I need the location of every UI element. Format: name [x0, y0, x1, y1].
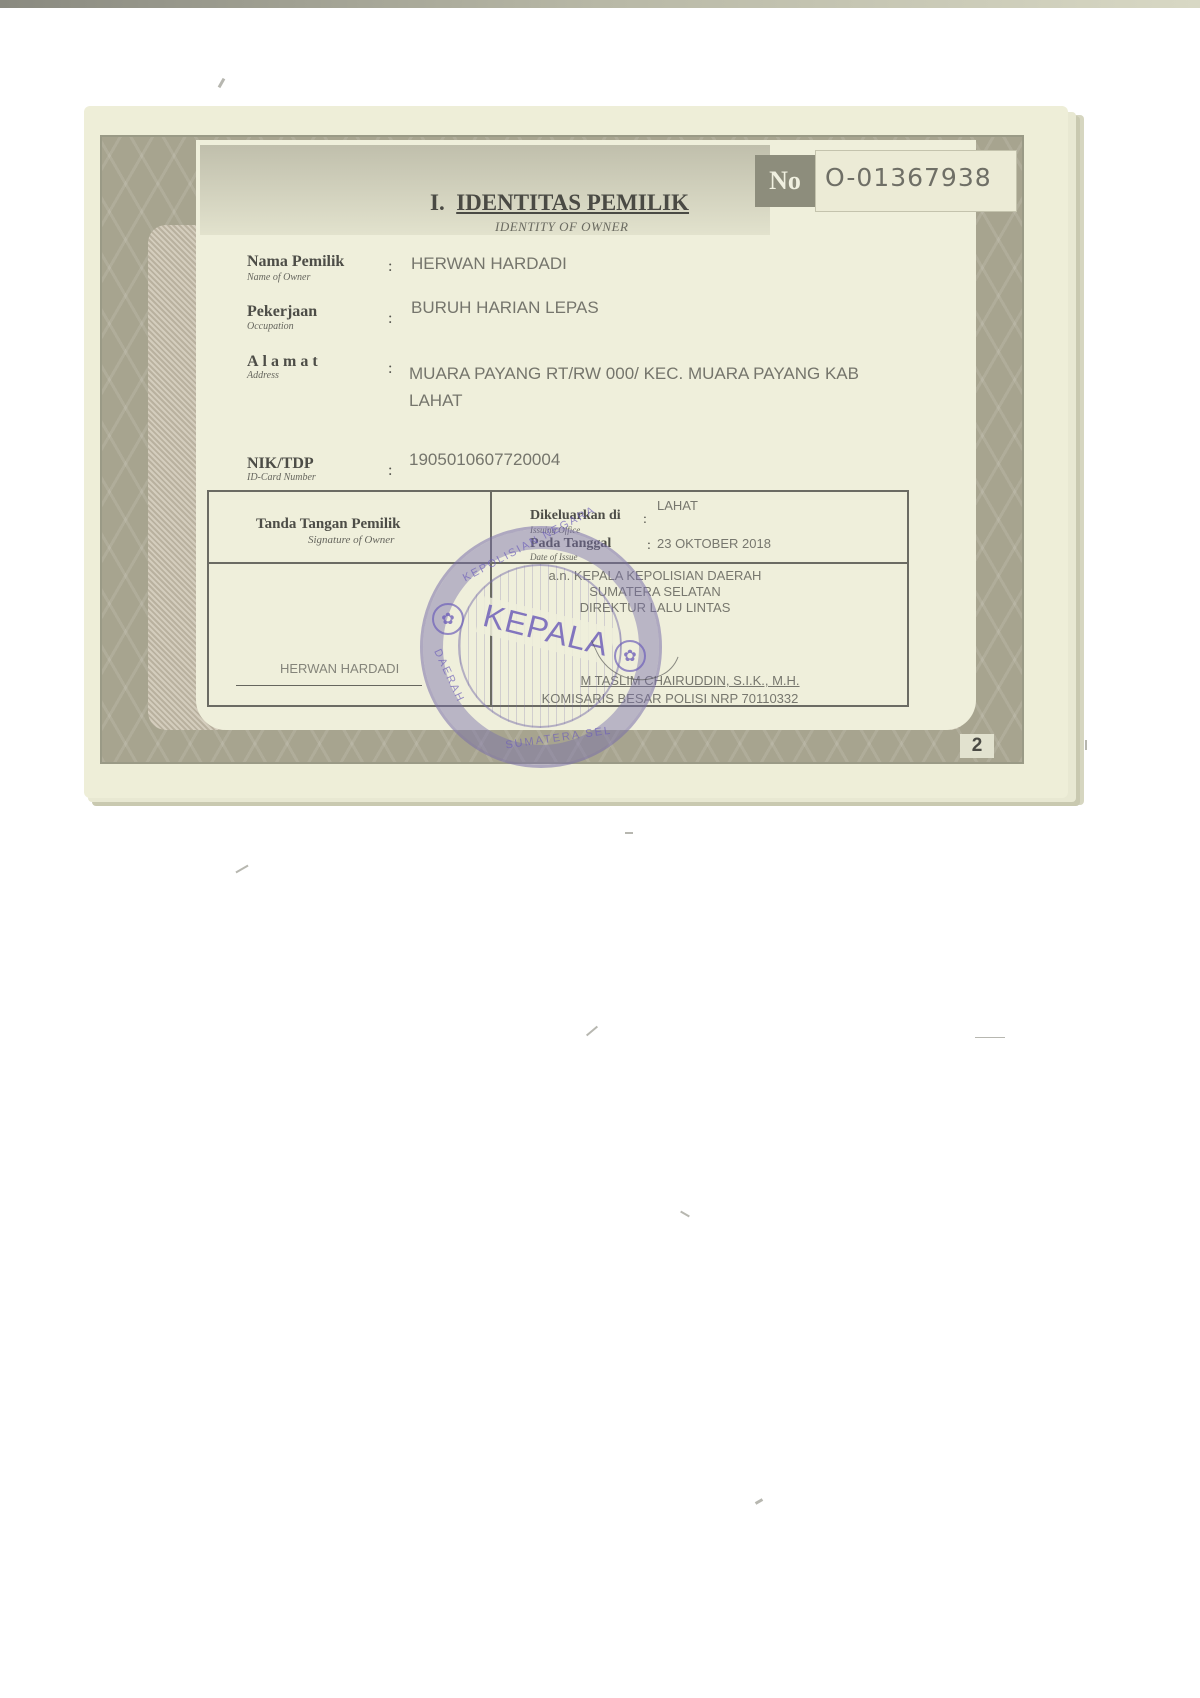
scan-speck: [755, 1498, 763, 1505]
id-number-label: NIK/TDP: [247, 455, 314, 473]
issued-at-value: LAHAT: [657, 498, 698, 513]
serial-label: No: [755, 155, 815, 207]
scan-speck: [586, 1026, 598, 1037]
section-number: I.: [430, 190, 445, 215]
issued-on-value: 23 OKTOBER 2018: [657, 536, 771, 551]
section-title-text: IDENTITAS PEMILIK: [456, 190, 689, 215]
owner-signature-label: Tanda Tangan Pemilik: [256, 516, 401, 533]
occupation-sublabel: Occupation: [247, 321, 294, 332]
colon: :: [647, 538, 651, 554]
colon: :: [388, 360, 392, 378]
scan-edge: [0, 0, 1200, 8]
colon: :: [388, 462, 392, 480]
address-label: Alamat: [247, 353, 322, 371]
address-sublabel: Address: [247, 370, 279, 381]
page-number: 2: [960, 734, 994, 758]
colon: :: [388, 258, 392, 276]
scan-speck: [680, 1211, 690, 1218]
section-subtitle: IDENTITY OF OWNER: [495, 219, 628, 235]
scan-speck: [975, 1037, 1005, 1038]
id-number-sublabel: ID-Card Number: [247, 472, 316, 483]
owner-name-value: HERWAN HARDADI: [411, 254, 567, 274]
owner-signature-sublabel: Signature of Owner: [308, 534, 394, 546]
scan-speck: [235, 865, 248, 874]
address-value-line2: LAHAT: [409, 391, 463, 411]
scan-speck: [1085, 740, 1087, 750]
scan-speck: [218, 78, 226, 88]
owner-name-sublabel: Name of Owner: [247, 272, 310, 283]
serial-number: O-01367938: [825, 163, 992, 192]
section-title: I. IDENTITAS PEMILIK: [430, 190, 689, 216]
owner-signature-name: HERWAN HARDADI: [280, 661, 399, 676]
occupation-label: Pekerjaan: [247, 303, 317, 321]
scan-speck: [625, 832, 633, 834]
id-number-value: 1905010607720004: [409, 450, 560, 470]
address-value-line1: MUARA PAYANG RT/RW 000/ KEC. MUARA PAYAN…: [409, 364, 859, 384]
colon: :: [388, 310, 392, 328]
occupation-value: BURUH HARIAN LEPAS: [411, 298, 599, 318]
owner-name-label: Nama Pemilik: [247, 253, 344, 271]
owner-signature-line: [236, 685, 422, 686]
police-emblem-icon: ✿: [432, 603, 464, 635]
colon: :: [643, 512, 647, 528]
